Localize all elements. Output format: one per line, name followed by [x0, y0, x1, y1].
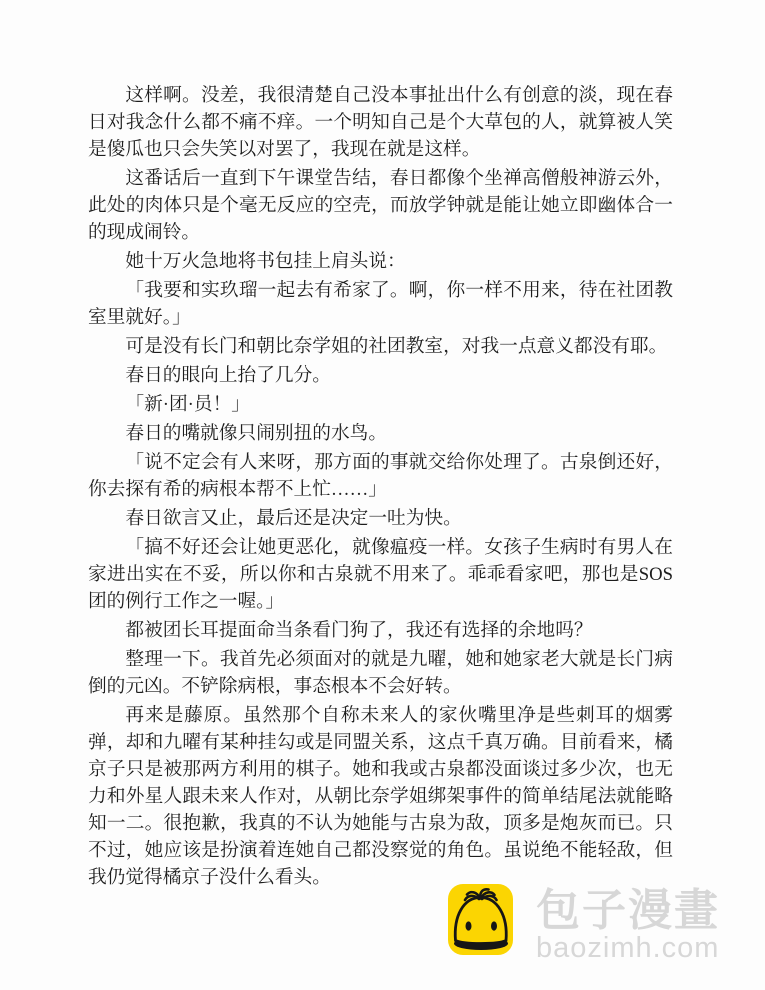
novel-page: 这样啊。没差，我很清楚自己没本事扯出什么有创意的淡，现在春日对我念什么都不痛不痒… — [0, 0, 765, 990]
paragraph: 「说不定会有人来呀，那方面的事就交给你处理了。古泉倒还好，你去探有希的病根本帮不… — [88, 449, 673, 503]
baozi-bun-icon — [448, 884, 513, 955]
novel-text-block: 这样啊。没差，我很清楚自己没本事扯出什么有创意的淡，现在春日对我念什么都不痛不痒… — [88, 82, 673, 893]
paragraph: 春日欲言又止，最后还是决定一吐为快。 — [88, 505, 673, 532]
watermark-text: 包子漫畫 baozimh.com — [536, 884, 720, 963]
paragraph: 这样啊。没差，我很清楚自己没本事扯出什么有创意的淡，现在春日对我念什么都不痛不痒… — [88, 82, 673, 163]
paragraph: 「新·团·员！」 — [88, 391, 673, 418]
watermark-site-url: baozimh.com — [536, 934, 720, 963]
paragraph: 春日的嘴就像只闹别扭的水鸟。 — [88, 420, 673, 447]
paragraph: 再来是藤原。虽然那个自称未来人的家伙嘴里净是些刺耳的烟雾弹，却和九曜有某种挂勾或… — [88, 702, 673, 891]
paragraph: 整理一下。我首先必须面对的就是九曜，她和她家老大就是长门病倒的元凶。不铲除病根，… — [88, 646, 673, 700]
watermark-brand-name: 包子漫畫 — [536, 889, 720, 933]
baozimh-watermark: 包子漫畫 baozimh.com — [448, 884, 720, 963]
paragraph: 可是没有长门和朝比奈学姐的社团教室，对我一点意义都没有耶。 — [88, 333, 673, 360]
paragraph: 都被团长耳提面命当条看门狗了，我还有选择的余地吗？ — [88, 617, 673, 644]
paragraph: 「我要和实玖瑠一起去有希家了。啊，你一样不用来，待在社团教室里就好。」 — [88, 277, 673, 331]
paragraph: 「搞不好还会让她更恶化，就像瘟疫一样。女孩子生病时有男人在家进出实在不妥，所以你… — [88, 534, 673, 615]
paragraph: 她十万火急地将书包挂上肩头说： — [88, 248, 673, 275]
paragraph: 春日的眼向上抬了几分。 — [88, 362, 673, 389]
paragraph: 这番话后一直到下午课堂告结，春日都像个坐禅高僧般神游云外，此处的肉体只是个毫无反… — [88, 165, 673, 246]
